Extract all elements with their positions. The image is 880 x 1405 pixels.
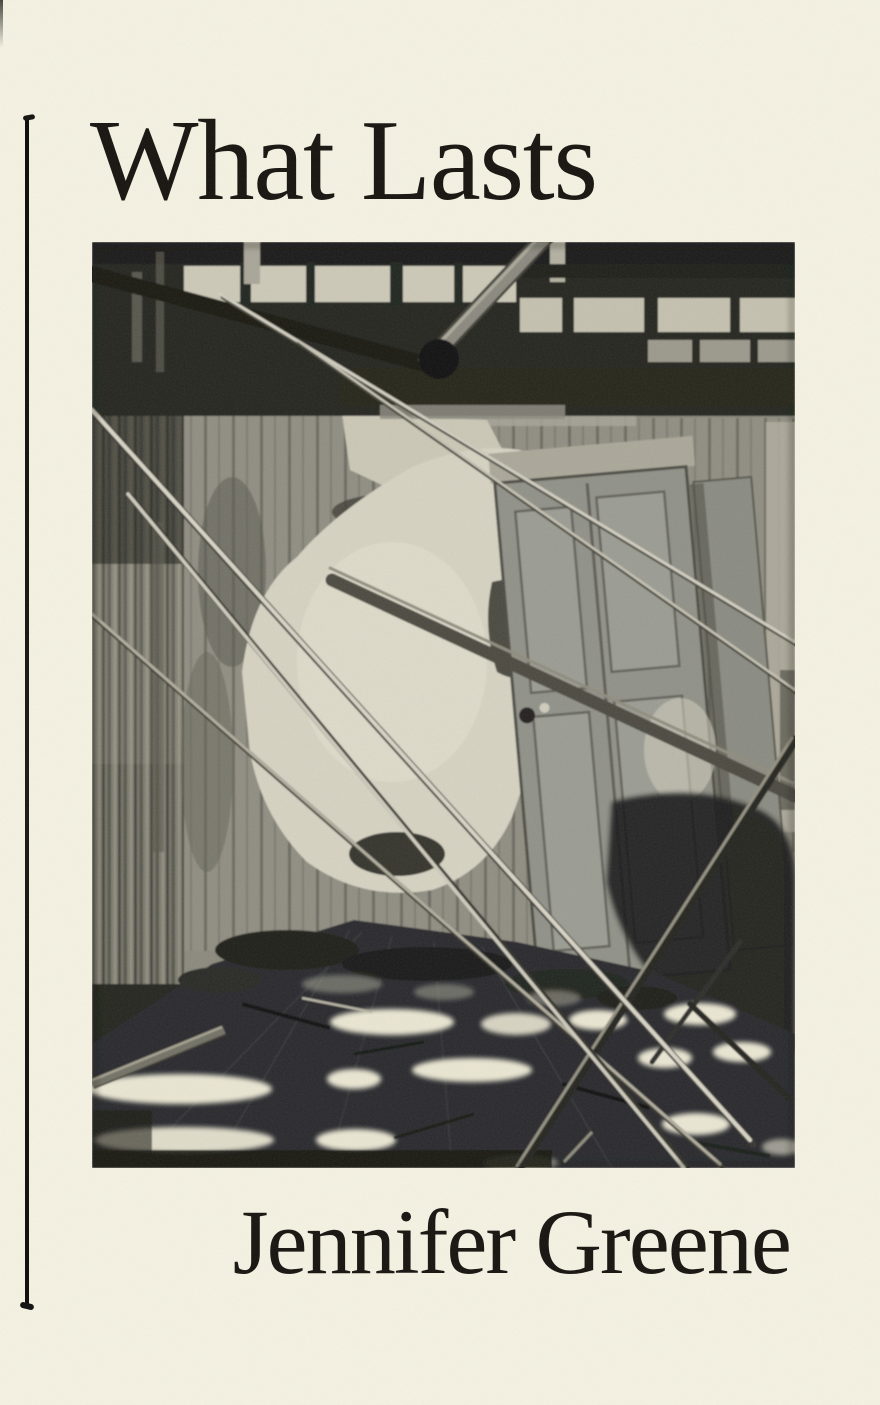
photo-grain-texture xyxy=(92,242,795,1168)
book-title: What Lasts xyxy=(90,103,597,218)
author-name: Jennifer Greene xyxy=(233,1196,790,1288)
book-cover: What Lasts xyxy=(0,0,880,1405)
cover-photo-illustration xyxy=(92,242,795,1168)
page-edge-shadow xyxy=(0,0,3,48)
binding-stitch-thread xyxy=(25,118,29,1307)
cover-photo xyxy=(92,242,795,1168)
